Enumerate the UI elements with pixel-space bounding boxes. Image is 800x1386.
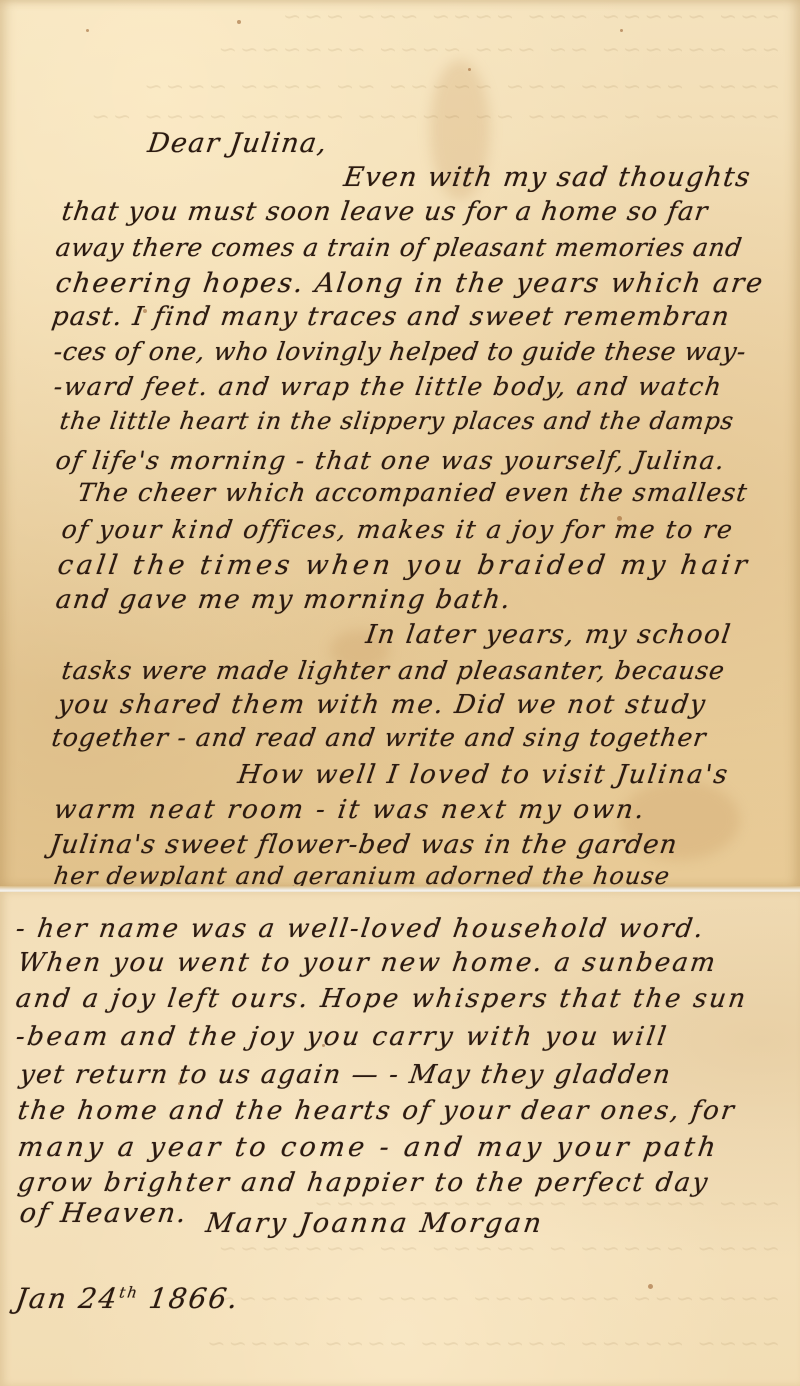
letter-line: -ward feet. and wrap the little body, an… bbox=[52, 372, 725, 401]
letter-line: Even with my sad thoughts bbox=[342, 162, 753, 193]
letter-line: away there comes a train of pleasant mem… bbox=[54, 233, 744, 262]
bleed-through-text: ~~ ~~~~~~ ~~ ~~~ ~~~~ ~~~~~~~ bbox=[30, 38, 780, 63]
letter-line: yet return to us again — - May they glad… bbox=[18, 1060, 674, 1090]
letter-line: -ces of one, who lovingly helped to guid… bbox=[52, 337, 748, 366]
letter-line: the home and the hearts of your dear one… bbox=[16, 1096, 738, 1126]
bleed-through-text: ~~~~ ~~~~~ ~~~ ~~~~~ ~~ ~~~~ ~~~~ bbox=[30, 75, 780, 100]
letter-line: her dewplant and geranium adorned the ho… bbox=[52, 862, 672, 888]
bleed-through-text: ~~~~ ~~~~~ ~ ~~~~~ ~~ ~~~~~~~ bbox=[250, 1237, 780, 1262]
letter-date: Jan 24th 1866. bbox=[14, 1282, 242, 1315]
letter-line: together - and read and write and sing t… bbox=[50, 723, 708, 752]
date-suffix: th bbox=[118, 1284, 140, 1302]
letter-page-1: ~~~ ~~~~~ ~~~ ~~~~ ~~~ ~~~ ~~ ~~~~~~ ~~ … bbox=[0, 0, 800, 888]
letter-line: the little heart in the slippery places … bbox=[58, 407, 736, 435]
letter-line: and gave me my morning bath. bbox=[54, 585, 514, 615]
letter-line: Julina's sweet flower-bed was in the gar… bbox=[48, 830, 680, 860]
bleed-through-text: ~~~~~~~ ~~~~~~~ ~~~~ ~~~~~~~ bbox=[180, 1287, 780, 1312]
date-month-day: Jan 24 bbox=[14, 1282, 121, 1315]
date-year: 1866. bbox=[147, 1282, 242, 1315]
letter-line: In later years, my school bbox=[364, 620, 734, 650]
letter-line: warm neat room - it was next my own. bbox=[52, 795, 648, 825]
bleed-through-text: ~~~ ~~~~~ ~~~ ~~~~ ~~~ ~~~ bbox=[30, 5, 780, 30]
letter-page-2: ~~~ ~~~~~~ ~~~ ~~~~ ~~~~ ~~~~ ~~~~~ ~ ~~… bbox=[0, 892, 800, 1386]
letter-line: The cheer which accompanied even the sma… bbox=[76, 478, 750, 507]
letter-line: - her name was a well-loved household wo… bbox=[14, 914, 707, 944]
bleed-through-text: ~~~~ ~~~~~ ~~~~~~~ ~~~~ ~~~~~ bbox=[200, 1332, 780, 1357]
foxing-spot bbox=[468, 68, 471, 71]
letter-line: How well I loved to visit Julina's bbox=[236, 760, 731, 790]
letter-line: many a year to come - and may your path bbox=[16, 1132, 721, 1163]
letter-line: tasks were made lighter and pleasanter, … bbox=[60, 656, 727, 685]
letter-line: grow brighter and happier to the perfect… bbox=[16, 1168, 711, 1198]
letter-line: of life's morning - that one was yoursel… bbox=[54, 446, 727, 475]
letter-line: and a joy left ours. Hope whispers that … bbox=[14, 984, 750, 1014]
letter-line: call the times when you braided my hair bbox=[56, 550, 753, 581]
bleed-through-text: ~~~~~~ ~ ~~~~ ~~ ~~~~~ ~~~~~ ~~~~ ~~ bbox=[30, 105, 780, 130]
letter-line: -beam and the joy you carry with you wil… bbox=[14, 1022, 671, 1052]
letter-line: that you must soon leave us for a home s… bbox=[60, 197, 710, 227]
salutation: Dear Julina, bbox=[146, 128, 330, 159]
letter-line: past. I find many traces and sweet remem… bbox=[50, 302, 732, 332]
letter-line: of Heaven. bbox=[18, 1198, 190, 1229]
letter-line: you shared them with me. Did we not stud… bbox=[56, 690, 709, 720]
letter-line: cheering hopes. Along in the years which… bbox=[54, 268, 766, 299]
letter-line: When you went to your new home. a sunbea… bbox=[16, 948, 719, 978]
signature: Mary Joanna Morgan bbox=[204, 1208, 546, 1239]
letter-line: of your kind offices, makes it a joy for… bbox=[60, 515, 736, 544]
